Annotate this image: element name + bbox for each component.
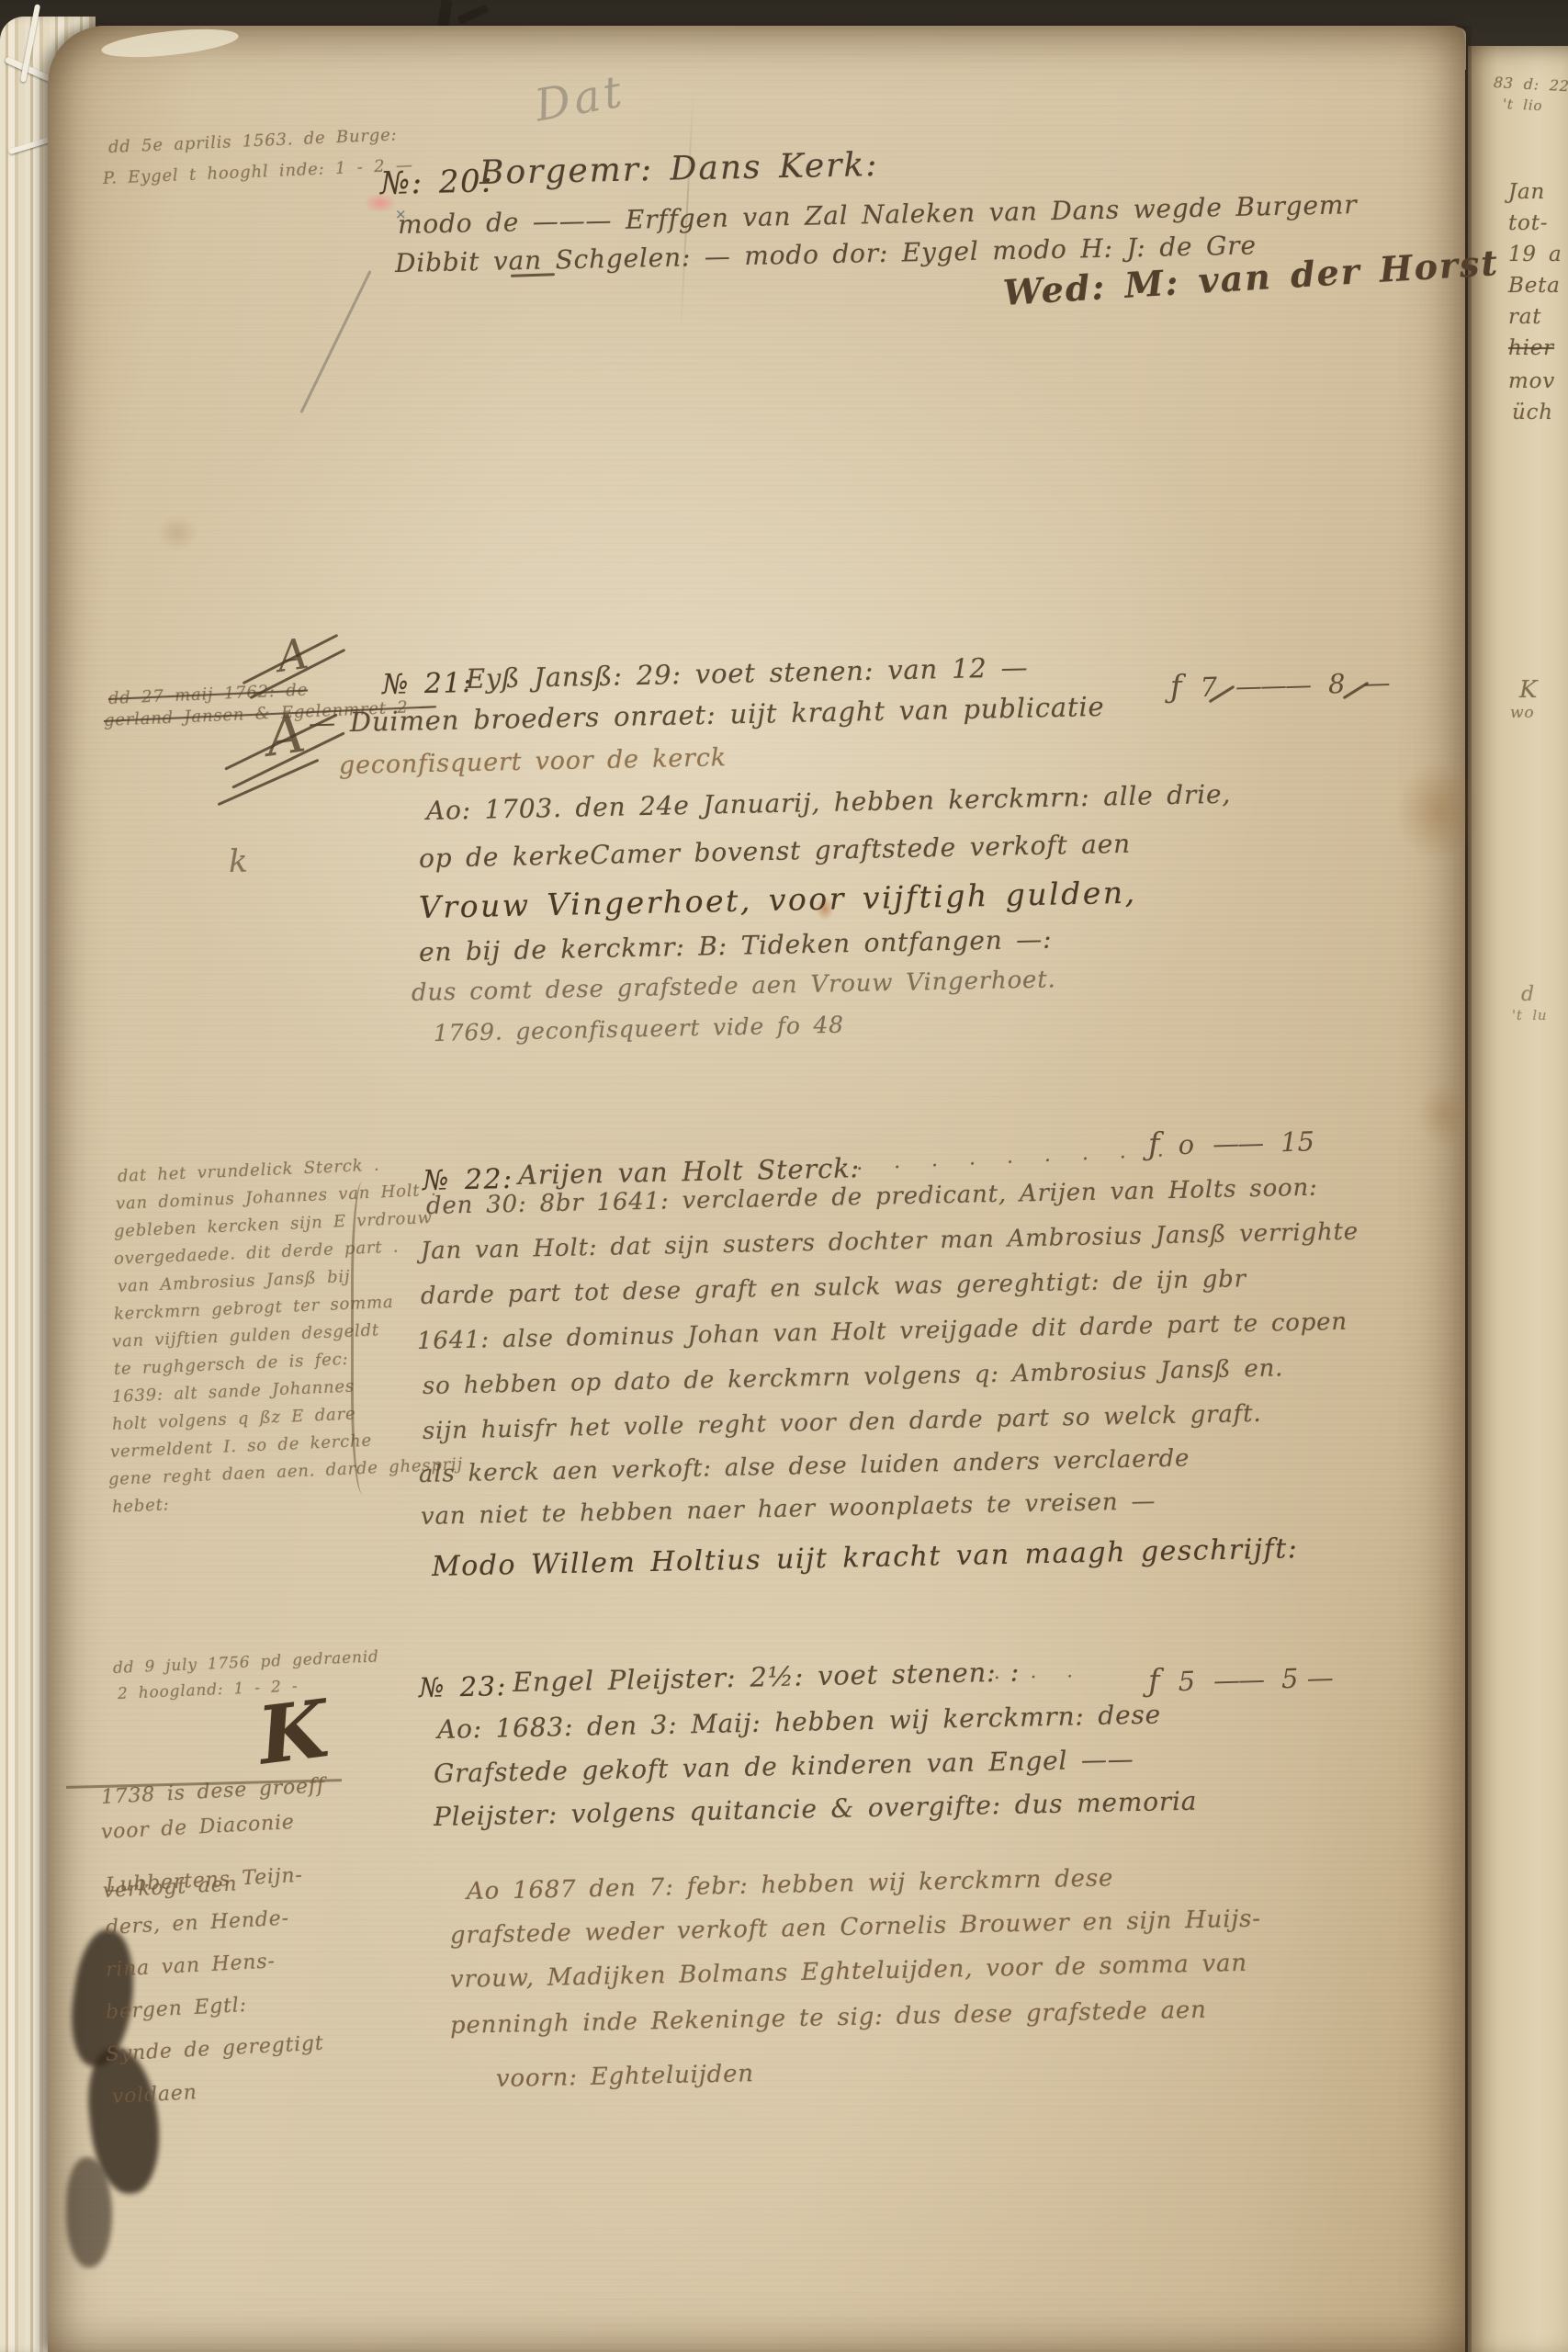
amount-dash: —— [1213,1127,1263,1159]
entry23-paragraph-line: vrouw, Madijken Bolmans Eghteluijden, vo… [450,1950,1247,1994]
entry21-paragraph-line: Vrouw Vingerhoet, voor vijftigh gulden, [419,875,1137,925]
underline-stroke [511,273,555,277]
entry23-margin-line: rina van Hens- [105,1950,276,1982]
entry20-margin-note: dd 5e aprilis 1563. de Burge: [108,125,398,157]
entry21-header: Eyß Jansß: 29: voet stenen: van 12 — [466,651,1029,695]
pencil-word: Dat [531,65,629,131]
entry22-paragraph-line: sijn huisfr het volle reght voor den dar… [423,1400,1262,1445]
entry22-paragraph-line: 1641: alse dominus Johan van Holt vreijg… [417,1308,1348,1355]
entry22-margin-line: hebet: [112,1495,170,1517]
right-page-fragment: 19 a [1508,243,1562,266]
entry20-title: Borgemr: Dans Kerk: [479,146,879,192]
amount-dash: —— [1213,1664,1264,1696]
amount-value: 5 [1178,1666,1195,1697]
margin-brace [351,1182,374,1494]
entry23-header: Engel Pleijster: 2½: voet stenen: : [513,1656,1021,1698]
entry21-paragraph-line: dus comt dese grafstede aen Vrouw Vinger… [412,966,1056,1007]
right-page-fragment: 83 d: 22 [1494,73,1568,95]
entry21-paragraph-line: Ao: 1703. den 24e Januarij, hebben kerck… [426,779,1232,826]
entry23-paragraph-line: Grafstede gekoft van de kinderen van Eng… [434,1744,1134,1789]
paper-stain [156,514,198,551]
right-page-fragment: wo [1510,704,1534,722]
paper-stain [1396,761,1479,862]
right-page-fragment: üch [1512,401,1553,424]
entry23-amount: ƒ 5 —— 5 — [1147,1658,1334,1700]
entry22-margin-line: dat het vrundelick Sterck . [118,1156,380,1186]
entry22-paragraph-line: van niet te hebben naer haer woonplaets … [421,1487,1156,1531]
right-page-fragment: rat [1508,305,1541,329]
entry21-number: № 21: [382,667,473,701]
right-page-fragment: d [1521,983,1535,1006]
entry22-modo-line: Modo Willem Holtius uijt kracht van maag… [432,1532,1299,1583]
paper-stain [1416,1082,1472,1147]
entry22-margin-line: 1639: alt sande Johannes [112,1376,355,1407]
dotted-leader: . . . [994,1659,1083,1683]
entry23-margin-date: dd 9 july 1756 pd gedraenid [113,1647,380,1678]
entry20-margin-note: P. Eygel t hooghl inde: 1 - 2 — [103,155,414,188]
amount-value: 15 [1280,1125,1315,1158]
manuscript-left-page: Dat dd 5e aprilis 1563. de Burge: P. Eyg… [48,26,1465,2352]
entry23-paragraph-line: Pleijster: volgens quitancie & overgifte… [434,1786,1198,1832]
entry21-amount: ƒ 7 ——— 8 — [1169,663,1388,706]
paper-damage [66,2157,112,2267]
entry22-margin-line: te rughgersch de is fec: [114,1350,349,1379]
paper-tear [100,24,240,62]
entry23-paragraph-line: Ao: 1683: den 3: Maij: hebben wij kerckm… [437,1699,1162,1744]
dotted-leader: . . . . . . . . . [855,1138,1174,1175]
pencil-slash [299,270,371,413]
right-page-fragment: Jan [1508,180,1545,204]
entry23-margin-line: Synde de geregtigt [105,2032,324,2066]
florin-sign: ƒ [1147,1663,1160,1700]
entry21-paragraph-line: op de kerkeCamer bovenst graftstede verk… [419,829,1132,874]
entry23-paragraph-line: grafstede weder verkoft aen Cornelis Bro… [450,1905,1261,1950]
entry23-paragraph-line: penningh inde Rekeninge te sig: dus dese… [450,1996,1207,2040]
entry21-paragraph-line: 1769. geconfisqueert vide fo 48 [434,1012,844,1046]
entry21-line: geconfisquert voor de kerck [339,743,727,780]
entry22-paragraph-line: Jan van Holt: dat sijn susters dochter m… [421,1218,1359,1265]
entry23-margin-line: voldaen [111,2081,197,2109]
amount-value: 5 — [1281,1662,1335,1694]
entry22-margin-line: van dominus Johannes van Holt . [116,1181,437,1214]
manuscript-right-page: 83 d: 22 't lio Jan tot- 19 a Beta rat h… [1468,46,1568,2352]
entry23-number: № 23: [419,1670,508,1703]
entry22-margin-line: gebleben kercken sijn E vrdrouw [114,1208,434,1241]
florin-sign: ƒ [1169,669,1182,706]
entry23-paragraph-line: Ao 1687 den 7: febr: hebben wij kerckmrn… [467,1864,1114,1905]
entry22-paragraph-line: so hebben op dato de kerckmrn volgens q:… [423,1354,1284,1400]
thread-end-mark [457,4,490,24]
right-page-fragment: 't lio [1503,96,1543,114]
entry22-paragraph-line: als kerck aen verkoft: alse dese luiden … [419,1444,1190,1488]
right-page-fragment: tot- [1508,211,1548,235]
entry22-margin-line: holt volgens q ßz E dare [112,1404,356,1434]
right-page-fragment: hier [1508,336,1554,360]
entry23-initial-k: K [254,1682,333,1782]
entry22-margin-line: van Ambrosius Jansß bij [118,1267,351,1296]
right-page-fragment: K [1519,676,1538,704]
amount-value: 8 [1328,668,1346,699]
entry21-paragraph-line: en bij de kerckmr: B: Tideken ontfangen … [419,924,1053,967]
right-page-fragment: mov [1508,369,1555,393]
entry23-paragraph-line: voorn: Eghteluijden [496,2060,754,2093]
entry22-margin-line: vermeldent I. so de kerche [110,1431,373,1462]
entry23-margin-line: 1738 is dese groeff [100,1774,325,1809]
amount-dash: ——— [1235,669,1311,702]
right-page-fragment: Beta [1508,274,1561,298]
amount-value: o [1178,1129,1194,1160]
manuscript-scan: 83 d: 22 't lio Jan tot- 19 a Beta rat h… [0,0,1568,2352]
pen-flourish: k [229,843,249,880]
entry22-margin-line: van vijftien gulden desgeldt [112,1320,380,1351]
entry23-margin-line: voor de Diaconie [100,1811,295,1844]
right-page-fragment: 't lu [1512,1007,1547,1023]
entry23-margin-line: ders, en Hende- [105,1907,289,1939]
entry20-number: №: 20: [380,163,494,202]
entry22-paragraph-line: darde part tot dese graft en sulck was g… [421,1265,1247,1310]
entry22-margin-line: gene reght daen aen. darde ghesprij [108,1454,464,1489]
